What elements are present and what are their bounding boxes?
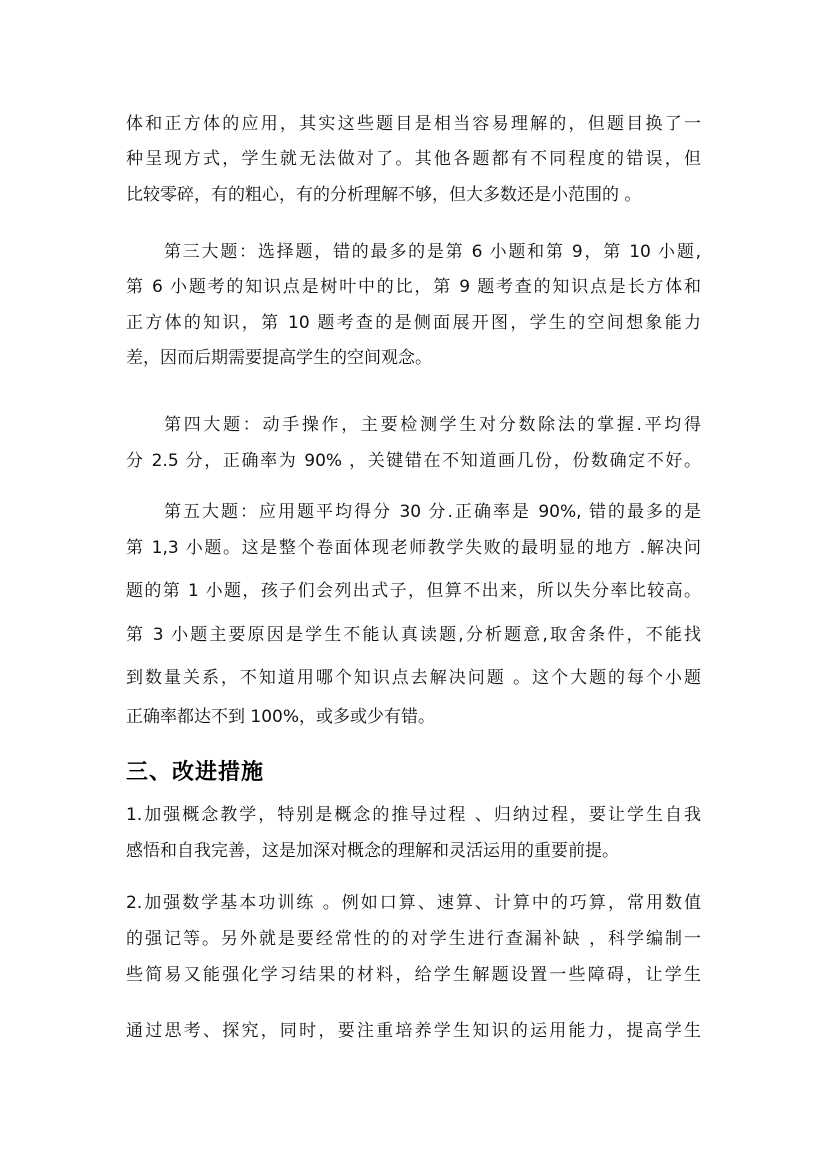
paragraph-line: 种呈现方式，学生就无法做对了。其他各题都有不同程度的错误，但 bbox=[126, 147, 701, 171]
paragraph-section5-first-line: 第五大题：应用题平均得分 30 分.正确率是 90%, 错的最多的是 bbox=[164, 500, 701, 524]
paragraph-section4-first-line: 第四大题：动手操作，主要检测学生对分数除法的掌握.平均得 bbox=[164, 413, 701, 437]
paragraph-line: 分 2.5 分，正确率为 90% ，关键错在不知道画几份，份数确定不好。 bbox=[126, 449, 701, 473]
paragraph-line: 正确率都达不到 100%，或多或少有错。 bbox=[126, 705, 701, 729]
list-item-line: 1.加强概念教学，特别是概念的推导过程 、归纳过程，要让学生自我 bbox=[126, 803, 701, 827]
section-heading: 三、改进措施 bbox=[126, 758, 264, 788]
list-item-line: 2.加强数学基本功训练 。例如口算、速算、计算中的巧算，常用数值 bbox=[126, 891, 701, 915]
list-item-line: 些简易又能强化学习结果的材料，给学生解题设置一些障碍，让学生 bbox=[126, 963, 701, 987]
list-item-line: 通过思考、探究，同时，要注重培养学生知识的运用能力，提高学生 bbox=[126, 1019, 701, 1043]
paragraph-line: 正方体的知识，第 10 题考查的是侧面展开图，学生的空间想象能力 bbox=[126, 311, 701, 335]
paragraph-line: 第 1,3 小题。这是整个卷面体现老师教学失败的最明显的地方 .解决问 bbox=[126, 536, 701, 560]
paragraph-line: 题的第 1 小题，孩子们会列出式子，但算不出来，所以失分率比较高。 bbox=[126, 579, 701, 603]
paragraph-line: 比较零碎，有的粗心，有的分析理解不够，但大多数还是小范围的 。 bbox=[126, 183, 701, 207]
paragraph-line: 到数量关系，不知道用哪个知识点去解决问题 。这个大题的每个小题 bbox=[126, 666, 701, 690]
list-item-line: 感悟和自我完善，这是加深对概念的理解和灵活运用的重要前提。 bbox=[126, 839, 701, 863]
paragraph-line: 第 6 小题考的知识点是树叶中的比，第 9 题考查的知识点是长方体和 bbox=[126, 275, 701, 299]
paragraph-line: 第 3 小题主要原因是学生不能认真读题,分析题意,取舍条件，不能找 bbox=[126, 623, 701, 647]
document-page: 体和正方体的应用，其实这些题目是相当容易理解的，但题目换了一 种呈现方式，学生就… bbox=[0, 0, 827, 1170]
paragraph-line: 差，因而后期需要提高学生的空间观念。 bbox=[126, 346, 701, 370]
list-item-line: 的强记等。另外就是要经常性的的对学生进行查漏补缺 ，科学编制一 bbox=[126, 927, 701, 951]
paragraph-section3-first-line: 第三大题：选择题，错的最多的是第 6 小题和第 9，第 10 小题, bbox=[164, 240, 701, 264]
paragraph-line: 体和正方体的应用，其实这些题目是相当容易理解的，但题目换了一 bbox=[126, 112, 701, 136]
